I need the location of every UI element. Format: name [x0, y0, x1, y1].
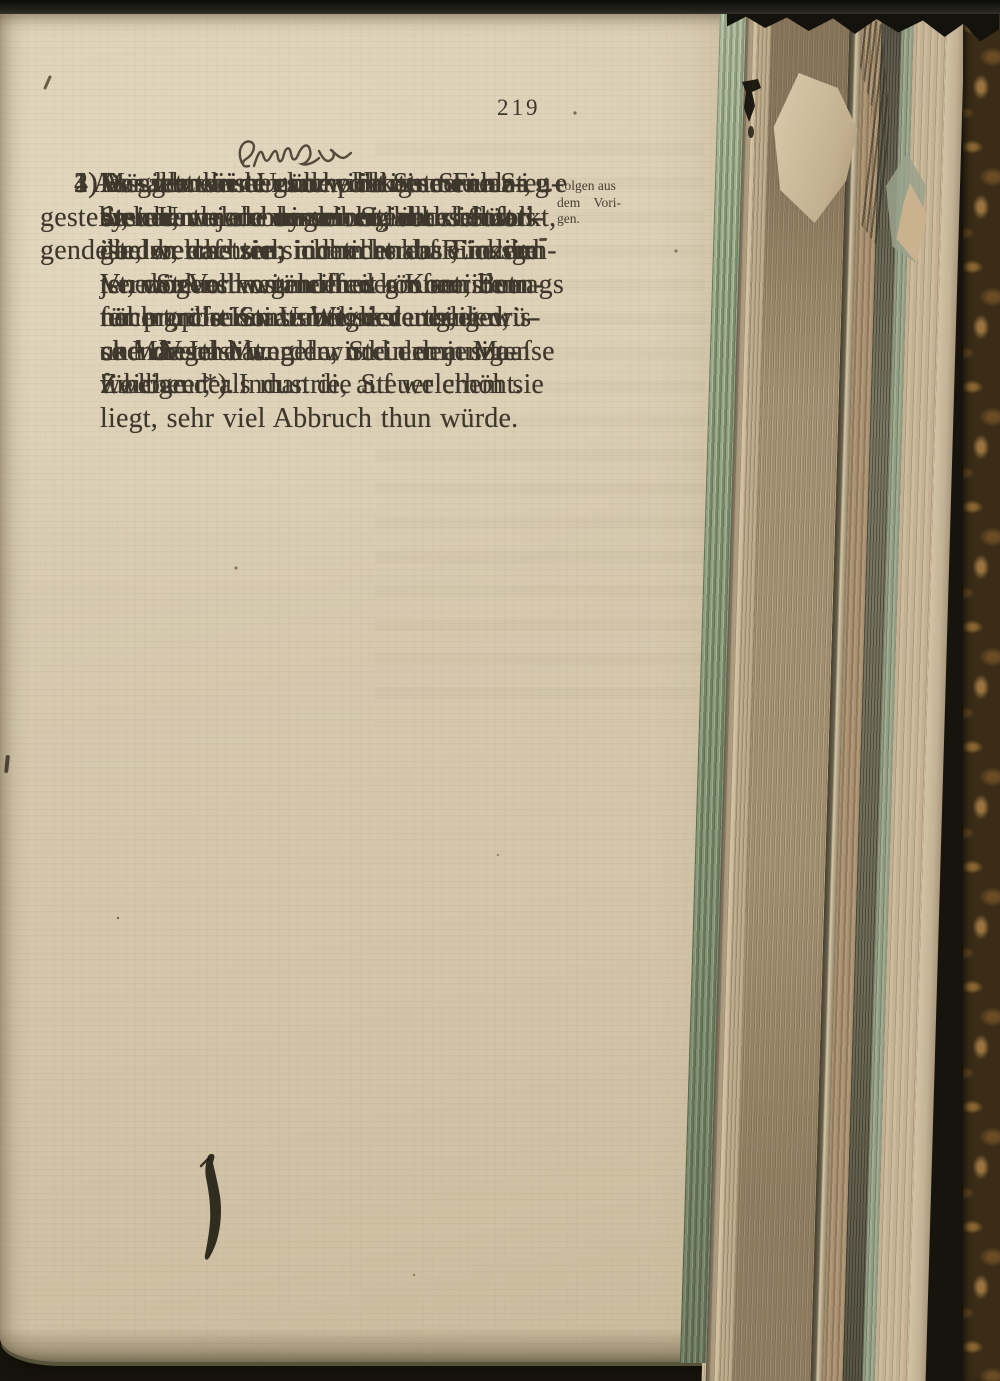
- book-page: 219 Folgen ausdem Vori-gen. Aus allen bi…: [0, 13, 746, 1362]
- scan-top-edge: [0, 0, 1000, 14]
- item-text: übel betrachten; indem es das Einzige: [100, 235, 539, 266]
- text-line: dem Vori-: [557, 195, 653, 212]
- text-line: Folgen aus: [557, 178, 653, 195]
- item-text: ist, wodurch wir hoffen können, dem: [100, 269, 528, 300]
- text-line: übel betrachten; indem es das Einzige: [40, 234, 546, 268]
- margin-note: Folgen ausdem Vori-gen.: [557, 178, 653, 228]
- text-line: weichen *).: [40, 368, 546, 402]
- item-text: liegt, sehr viel Abbruch thun würde.: [100, 403, 518, 434]
- text-line: ist, wodurch wir hoffen können, dem: [40, 268, 546, 302]
- text-line: system als ein unvermeidliches Staats-: [40, 201, 546, 235]
- list-item: 4)Müssen wir ein komplicirtes Steuer-sys…: [40, 167, 546, 402]
- item-number: 4): [74, 167, 98, 201]
- handwritten-mark: [228, 132, 358, 184]
- text-line: gen.: [557, 211, 653, 228]
- page-number: 219: [497, 95, 541, 121]
- pen-stroke-mark: [193, 1150, 233, 1268]
- page-bottom-shading: [0, 1328, 746, 1362]
- text-line: chen Vertheilung der Steuern auszu-: [40, 335, 546, 369]
- text-line: noch gröſseren Uebel, der unglei-: [40, 301, 546, 335]
- item-text: noch gröſseren Uebel, der unglei-: [100, 302, 488, 333]
- item-text: chen Vertheilung der Steuern auszu-: [100, 336, 518, 367]
- text-line: liegt, sehr viel Abbruch thun würde.: [40, 402, 567, 436]
- item-text: system als ein unvermeidliches Staats-: [100, 202, 546, 233]
- ink-blot: [736, 74, 766, 156]
- scanned-book-page: 219 Folgen ausdem Vori-gen. Aus allen bi…: [0, 0, 1000, 1381]
- item-text: weichen *).: [100, 369, 234, 400]
- marbled-cover-edge: [963, 13, 1000, 1381]
